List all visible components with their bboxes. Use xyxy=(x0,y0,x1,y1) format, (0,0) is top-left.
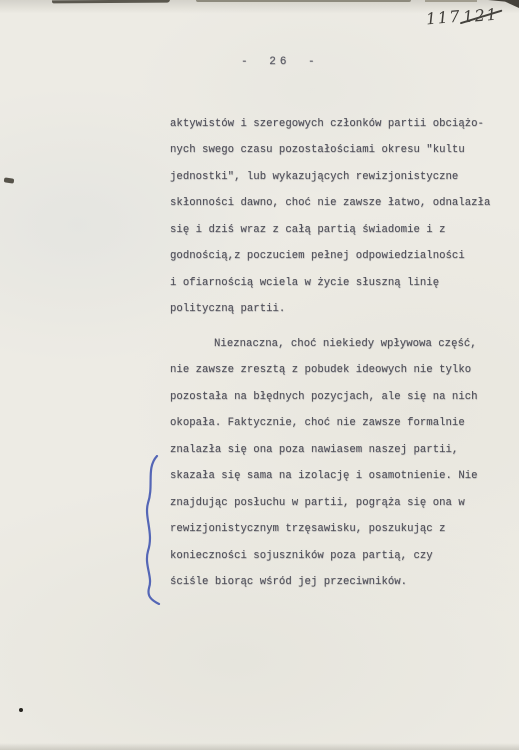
margin-bracket-mark xyxy=(142,455,162,605)
text-line: Nieznaczna, choć niekiedy wpływowa część… xyxy=(170,331,492,357)
document-page: 117 121 - 26 - aktywistów i szeregowych … xyxy=(0,0,519,750)
text-line: i ofiarnością wciela w życie słuszną lin… xyxy=(170,270,492,296)
handwritten-page-number: 117 xyxy=(425,7,462,29)
text-line: okopała. Faktycznie, choć nie zawsze for… xyxy=(170,410,492,436)
text-line: ściśle biorąc wśród jej przeciwników. xyxy=(170,569,492,595)
text-line: aktywistów i szeregowych członków partii… xyxy=(170,111,492,137)
text-line: polityczną partii. xyxy=(170,296,492,322)
ink-dot xyxy=(19,708,23,712)
paragraph-2: Nieznaczna, choć niekiedy wpływowa część… xyxy=(170,331,492,595)
text-line: znalazła się ona poza nawiasem naszej pa… xyxy=(170,437,492,463)
text-line: skłonności dawno, choć nie zawsze łatwo,… xyxy=(170,190,492,216)
text-line: nych swego czasu pozostałościami okresu … xyxy=(170,137,492,163)
text-line: skazała się sama na izolację i osamotnie… xyxy=(170,463,492,489)
page-edge-artifact xyxy=(196,0,411,2)
text-line: rewizjonistycznym trzęsawisku, poszukują… xyxy=(170,516,492,542)
text-line: znajdując posłuchu w partii, pogrąża się… xyxy=(170,490,492,516)
page-edge-artifact xyxy=(52,0,170,3)
page-edge-artifact xyxy=(425,0,477,2)
paragraph-1: aktywistów i szeregowych członków partii… xyxy=(170,111,492,323)
handwritten-crossed-number: 121 xyxy=(462,5,499,27)
page-bottom-shadow xyxy=(0,743,519,750)
page-number: - 26 - xyxy=(241,56,319,68)
text-line: pozostała na błędnych pozycjach, ale się… xyxy=(170,384,492,410)
text-line: godnością,z poczuciem pełnej odpowiedzia… xyxy=(170,243,492,269)
text-line: się i dziś wraz z całą partią świadomie … xyxy=(170,217,492,243)
text-line: nie zawsze zresztą z pobudek ideowych ni… xyxy=(170,357,492,383)
text-line: konieczności sojuszników poza partią, cz… xyxy=(170,543,492,569)
text-line: jednostki", lub wykazujących rewizjonist… xyxy=(170,164,492,190)
edge-smudge-mark xyxy=(4,177,15,183)
